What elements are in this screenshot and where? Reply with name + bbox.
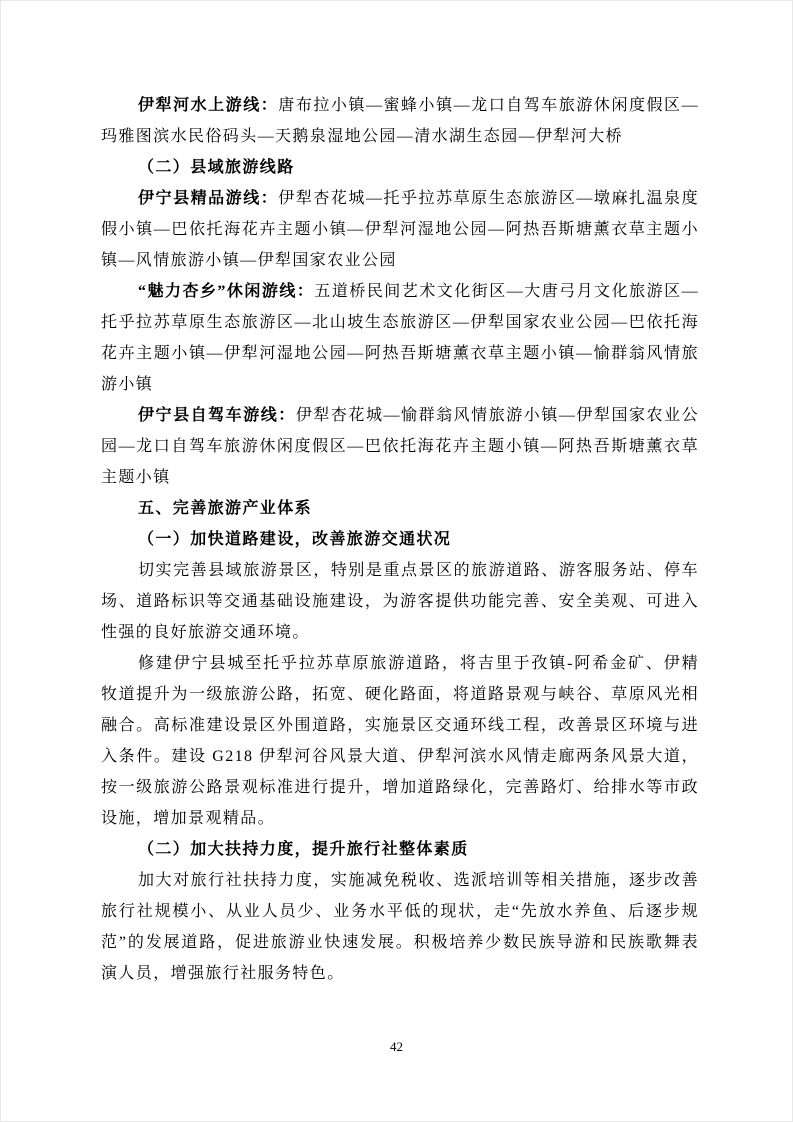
route-name-label: 伊宁县精品游线：: [138, 190, 278, 207]
heading-travel-agency-support: （二）加大扶持力度，提升旅行社整体素质: [101, 834, 699, 865]
heading-section-five: 五、完善旅游产业体系: [101, 493, 699, 524]
paragraph-charming-apricot-route: “魅力杏乡”休闲游线：五道桥民间艺术文化街区—大唐弓月文化旅游区—托乎拉苏草原生…: [101, 276, 699, 400]
paragraph-self-driving-route: 伊宁县自驾车游线：伊犁杏花城—愉群翁风情旅游小镇—伊犁国家农业公园—龙口自驾车旅…: [101, 400, 699, 493]
page-number: 42: [1, 1039, 792, 1055]
document-body: 伊犁河水上游线：唐布拉小镇—蜜蜂小镇—龙口自驾车旅游休闲度假区—玛雅图滨水民俗码…: [101, 90, 699, 989]
document-page: 伊犁河水上游线：唐布拉小镇—蜜蜂小镇—龙口自驾车旅游休闲度假区—玛雅图滨水民俗码…: [0, 0, 793, 1122]
paragraph-road-upgrade: 修建伊宁县城至托乎拉苏草原旅游道路，将吉里于孜镇-阿希金矿、伊精牧道提升为一级旅…: [101, 648, 699, 834]
paragraph-boutique-route: 伊宁县精品游线：伊犁杏花城—托乎拉苏草原生态旅游区—墩麻扎温泉度假小镇—巴依托海…: [101, 183, 699, 276]
route-name-label: 伊宁县自驾车游线：: [138, 407, 296, 424]
paragraph-traffic-infrastructure: 切实完善县域旅游景区，特别是重点景区的旅游道路、游客服务站、停车场、道路标识等交…: [101, 555, 699, 648]
paragraph-travel-agency-measures: 加大对旅行社扶持力度，实施减免税收、选派培训等相关措施，逐步改善旅行社规模小、从…: [101, 865, 699, 989]
route-name-label: “魅力杏乡”休闲游线：: [138, 283, 314, 300]
heading-road-construction: （一）加快道路建设，改善旅游交通状况: [101, 524, 699, 555]
heading-county-routes: （二）县域旅游线路: [101, 152, 699, 183]
paragraph-river-water-route: 伊犁河水上游线：唐布拉小镇—蜜蜂小镇—龙口自驾车旅游休闲度假区—玛雅图滨水民俗码…: [101, 90, 699, 152]
route-name-label: 伊犁河水上游线：: [138, 97, 278, 114]
